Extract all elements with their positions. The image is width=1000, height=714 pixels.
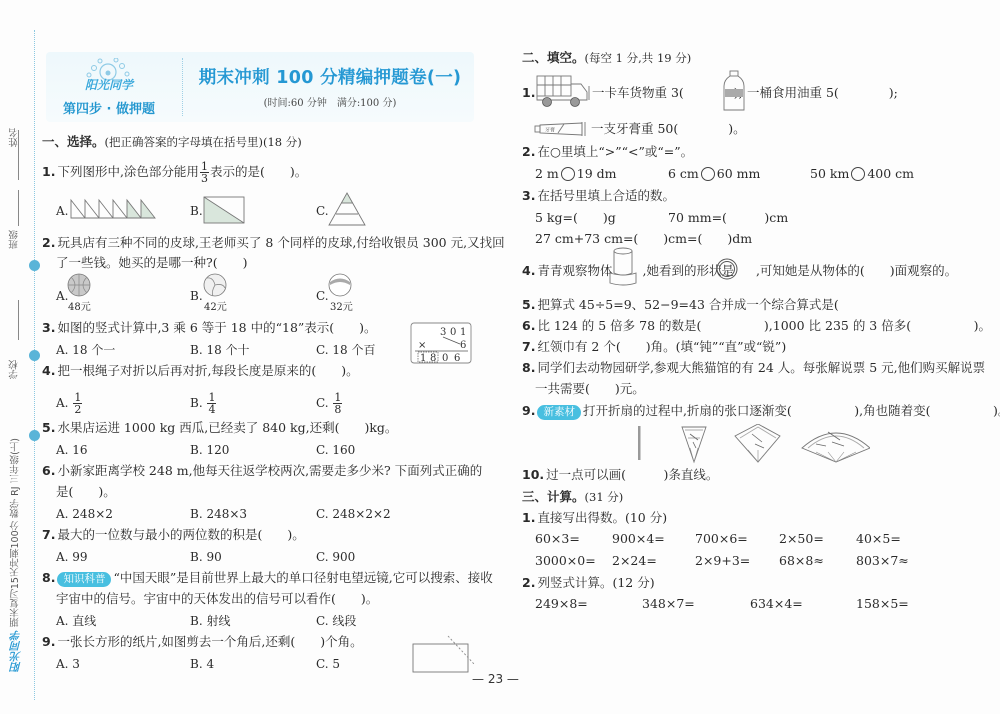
- s1q5-option-a: A. 16: [56, 442, 88, 458]
- vertical-multiplication-figure: 3 0 1 × 6 1 8 0 6: [410, 322, 472, 364]
- school-label: 学校: [8, 360, 22, 379]
- s1-question-9: 9.一张长方形的纸片,如图剪去一个角后,还剩( )个角。: [42, 634, 363, 650]
- svg-text:8: 8: [430, 353, 436, 364]
- toothpaste-icon: 牙膏: [534, 121, 590, 137]
- s1q6-option-b: B. 248×3: [190, 506, 247, 522]
- exam-header: 阳光同学 第四步 · 做押题 期末冲刺 100 分精编押题卷(一) (时间:60…: [46, 52, 474, 122]
- calc-item: 700×6=: [695, 531, 748, 547]
- compare-item-3: 50 km400 cm: [810, 166, 914, 182]
- s2q3-b: 70 mm=( )cm: [668, 210, 788, 226]
- s1q3-option-c: C. 18 个百: [316, 342, 375, 358]
- rectangle-diagonal-figure: [203, 196, 245, 224]
- s3-question-2: 2.列竖式计算。(12 分): [522, 575, 655, 591]
- basketball-icon: [67, 273, 91, 297]
- binding-hole-icon: [29, 430, 40, 441]
- truck-weight-text: 一卡车货物重 3( );: [592, 85, 743, 101]
- s1q6-option-a: A. 248×2: [56, 506, 113, 522]
- folding-fan-sequence-figure: [630, 424, 870, 464]
- s1-question-7: 7.最大的一位数与最小的两位数的积是( )。: [42, 527, 305, 543]
- s1q2-price-b: 42元: [204, 300, 227, 316]
- s1q8-option-b: B. 射线: [190, 613, 230, 629]
- s2-question-10: 10.过一点可以画( )条直线。: [522, 467, 718, 483]
- s1q2-option-b: B.: [190, 288, 203, 304]
- s1q1-option-c: C.: [316, 203, 329, 219]
- s2-question-7: 7.红领巾有 2 个( )角。(填“钝”“直”或“锐”): [522, 339, 786, 355]
- compare-circle-input[interactable]: [851, 167, 865, 181]
- svg-text:1: 1: [420, 353, 426, 364]
- six-triangles-figure: [70, 197, 160, 219]
- s2-question-6: 6.比 124 的 5 倍多 78 的数是( ),1000 比 235 的 3 …: [522, 318, 991, 334]
- exam-title: 期末冲刺 100 分精编押题卷(一): [186, 64, 474, 89]
- s1q9-option-c: C. 5: [316, 656, 340, 672]
- svg-text:6: 6: [460, 340, 466, 351]
- calc-item: 2×50=: [779, 531, 824, 547]
- s2-question-3: 3.在括号里填上合适的数。: [522, 188, 675, 204]
- calc-item: 803×7≈: [856, 553, 909, 569]
- page-number: — 23 —: [472, 672, 519, 686]
- s1q9-option-a: A. 3: [56, 656, 80, 672]
- s1q9-option-b: B. 4: [190, 656, 214, 672]
- s2-question-8: 8.同学们去动物园研学,参观大熊猫馆的有 24 人。每张解说票 5 元,他们购买…: [522, 360, 985, 376]
- s1-question-3: 3.如图的竖式计算中,3 乘 6 等于 18 中的“18”表示( )。: [42, 320, 377, 336]
- binding-brand: 阳光同学: [10, 630, 22, 672]
- cut-rectangle-figure: [410, 634, 476, 674]
- new-material-badge: 新素材: [537, 405, 581, 420]
- svg-text:0: 0: [450, 327, 456, 338]
- vertical-calc-item: 634×4=: [750, 596, 803, 612]
- s1q4-option-a: A. 12: [56, 390, 83, 416]
- concentric-circles-icon: [716, 258, 738, 280]
- truck-icon: [535, 74, 591, 108]
- s1q8-option-c: C. 线段: [316, 613, 356, 629]
- s2q3-c: 27 cm+73 cm=( )cm=( )dm: [535, 231, 752, 247]
- svg-text:1: 1: [460, 327, 466, 338]
- s1q2-option-c: C.: [316, 288, 329, 304]
- fraction: 13: [200, 161, 209, 184]
- calc-item: 40×5=: [856, 531, 901, 547]
- knowledge-badge: 知识科普: [57, 572, 111, 587]
- binding-strip: 姓名 班级 学校 阳光同学 期末复习15天冲刺100分 数学 RJ 三年级(上): [0, 30, 40, 700]
- class-blank: [18, 190, 19, 226]
- svg-text:0: 0: [442, 353, 448, 364]
- s1q7-option-b: B. 90: [190, 549, 222, 565]
- s1q3-option-a: A. 18 个一: [56, 342, 115, 358]
- calc-item: 3000×0=: [535, 553, 596, 569]
- s1q6-option-c: C. 248×2×2: [316, 506, 391, 522]
- s1-question-4: 4.把一根绳子对折以后再对折,每段长度是原来的( )。: [42, 363, 359, 379]
- s1q1-option-b: B.: [190, 203, 203, 219]
- compare-circle-input[interactable]: [701, 167, 715, 181]
- s1q2-price-c: 32元: [330, 300, 353, 316]
- calc-item: 2×9+3=: [695, 553, 750, 569]
- s1q5-option-c: C. 160: [316, 442, 355, 458]
- s1q1-option-a: A.: [56, 203, 68, 219]
- class-blank-lower: [18, 300, 19, 340]
- s1q4-option-b: B. 14: [190, 390, 217, 416]
- beach-ball-icon: [328, 273, 352, 297]
- binding-hole-icon: [29, 260, 40, 271]
- s1q8-line2: 宇宙中的信号。宇宙中的天体发出的信号可以看作( )。: [56, 591, 378, 607]
- calc-item: 60×3=: [535, 531, 580, 547]
- s1-question-5: 5.水果店运进 1000 kg 西瓜,已经卖了 840 kg,还剩( )kg。: [42, 420, 397, 436]
- s2q3-a: 5 kg=( )g: [535, 210, 616, 226]
- s1q3-option-b: B. 18 个十: [190, 342, 250, 358]
- s1q5-option-b: B. 120: [190, 442, 229, 458]
- s3-question-1: 1.直接写出得数。(10 分): [522, 510, 667, 526]
- s2-question-5: 5.把算式 45÷5=9、52−9=43 合并成一个综合算式是( )。: [522, 297, 1000, 313]
- calc-item: 68×8≈: [779, 553, 824, 569]
- header-divider: [182, 58, 183, 116]
- exam-page: 姓名 班级 学校 阳光同学 期末复习15天冲刺100分 数学 RJ 三年级(上)…: [0, 0, 1000, 714]
- calc-item: 2×24=: [612, 553, 657, 569]
- section3-heading: 三、计算。(31 分): [522, 489, 623, 505]
- brand-name: 阳光同学: [46, 76, 172, 93]
- vertical-calc-item: 348×7=: [642, 596, 695, 612]
- vertical-calc-item: 158×5=: [856, 596, 909, 612]
- compare-item-1: 2 m19 dm: [535, 166, 617, 182]
- s1-question-2: 2.玩具店有三种不同的皮球,王老师买了 8 个同样的皮球,付给收银员 300 元…: [42, 235, 505, 251]
- binding-dotted-line: [34, 30, 35, 700]
- compare-item-2: 6 cm60 mm: [668, 166, 760, 182]
- s2-question-4: 4.青青观察物体,她看到的形状是,可知她是从物体的( )面观察的。: [522, 263, 957, 279]
- s1q8-option-a: A. 直线: [56, 613, 96, 629]
- s1q7-option-a: A. 99: [56, 549, 88, 565]
- name-label: 姓名: [8, 128, 22, 147]
- s1q7-option-c: C. 900: [316, 549, 355, 565]
- section2-heading: 二、填空。(每空 1 分,共 19 分): [522, 50, 691, 66]
- s1-question-1: 1.下列图形中,涂色部分能用13表示的是( )。: [42, 160, 307, 184]
- toothpaste-weight-text: 一支牙膏重 50( )。: [591, 121, 746, 137]
- book-title: 阳光同学 期末复习15天冲刺100分 数学 RJ 三年级(上): [8, 438, 23, 672]
- s2-question-2: 2.在○里填上“>”“<”或“=”。: [522, 144, 693, 160]
- name-blank: [18, 130, 19, 180]
- class-label: 班级: [8, 230, 22, 249]
- s1-question-8: 8.知识科普“中国天眼”是目前世界上最大的单口径射电望远镜,它可以搜索、接收: [42, 570, 493, 587]
- brand-block: 阳光同学 第四步 · 做押题: [46, 52, 172, 122]
- oil-bottle-icon: [722, 70, 746, 112]
- calc-item: 900×4=: [612, 531, 665, 547]
- s1q6-line2: 是( )。: [56, 484, 116, 500]
- cylinder-object-icon: [608, 247, 638, 287]
- svg-text:3: 3: [440, 327, 446, 338]
- exam-subtitle: (时间:60 分钟 满分:100 分): [186, 94, 474, 109]
- svg-text:6: 6: [454, 353, 460, 364]
- compare-circle-input[interactable]: [561, 167, 575, 181]
- s1q2-line2: 了一些钱。她买的是哪一种?( ): [56, 255, 247, 271]
- volleyball-icon: [203, 273, 227, 297]
- layered-triangle-figure: [328, 192, 366, 226]
- oil-weight-text: 一桶食用油重 5( );: [747, 85, 898, 101]
- step-label: 第四步 · 做押题: [46, 98, 172, 117]
- svg-text:×: ×: [418, 340, 426, 351]
- svg-text:牙膏: 牙膏: [545, 127, 555, 134]
- s1q2-price-a: 48元: [68, 300, 91, 316]
- vertical-calc-item: 249×8=: [535, 596, 588, 612]
- s2q8-line2: 一共需要( )元。: [535, 381, 645, 397]
- section1-heading: 一、选择。(把正确答案的字母填在括号里)(18 分): [42, 134, 302, 150]
- s1q4-option-c: C. 18: [316, 390, 343, 416]
- binding-hole-icon: [29, 350, 40, 361]
- s2-question-9: 9.新素材打开折扇的过程中,折扇的张口逐渐变( ),角也随着变( )。: [522, 403, 1000, 420]
- s1-question-6: 6.小新家距离学校 248 m,他每天往返学校两次,需要走多少米? 下面列式正确…: [42, 463, 482, 479]
